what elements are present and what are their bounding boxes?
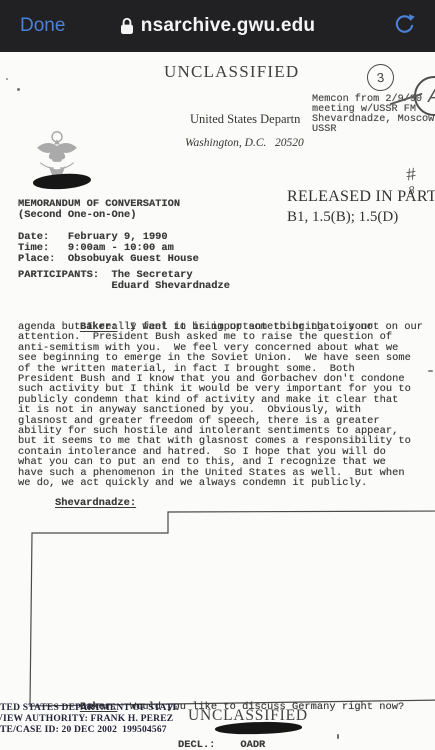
scan-speck [6,78,8,80]
url-label: nsarchive.gwu.edu [141,15,315,37]
document-page[interactable]: UNCLASSIFIED 3 A Memcon from 2/9/90 meet… [0,52,435,750]
release-stamp-line1: RELEASED IN PART [287,188,435,206]
hash-glyph: # [405,164,417,184]
letterhead-agency: United States Departn [190,112,300,127]
reload-icon [392,12,417,37]
baker-remarks-body: agenda but I really feel it is important… [18,322,411,489]
margin-note: Memcon from 2/9/90 meeting w/USSR FM She… [312,95,435,135]
scan-speck [337,734,339,739]
page-number: 3 [376,70,385,86]
decl-line: DECL.: OADR [178,740,265,750]
memo-subtitle: (Second One-on-One) [18,210,136,220]
reload-button[interactable] [392,12,435,40]
browser-toolbar: Done nsarchive.gwu.edu [0,0,435,53]
classification-header: UNCLASSIFIED [164,62,299,82]
memo-participants: PARTICIPANTS: The Secretary Eduard Sheva… [18,270,230,292]
review-stamp-line1: TED STATES DEPARTMENT OF STATE [0,703,179,713]
done-button[interactable]: Done [0,15,65,37]
review-stamp-line2: VIEW AUTHORITY: FRANK H. PEREZ [0,714,173,724]
scan-speck [17,88,20,91]
lock-icon [120,17,134,35]
scan-speck [428,370,433,372]
review-stamp-line3: TE/CASE ID: 20 DEC 2002 199504567 [0,725,167,735]
memo-meta: Date: February 9, 1990 Time: 9:00am - 10… [18,232,199,265]
state-department-seal-icon [14,110,82,207]
circled-page-number: 3 [366,63,396,93]
memo-title: MEMORANDUM OF CONVERSATION [18,199,180,209]
letterhead-city: Washington, D.C. 20520 [185,137,304,149]
release-stamp-line2: B1, 1.5(B); 1.5(D) [287,209,398,226]
